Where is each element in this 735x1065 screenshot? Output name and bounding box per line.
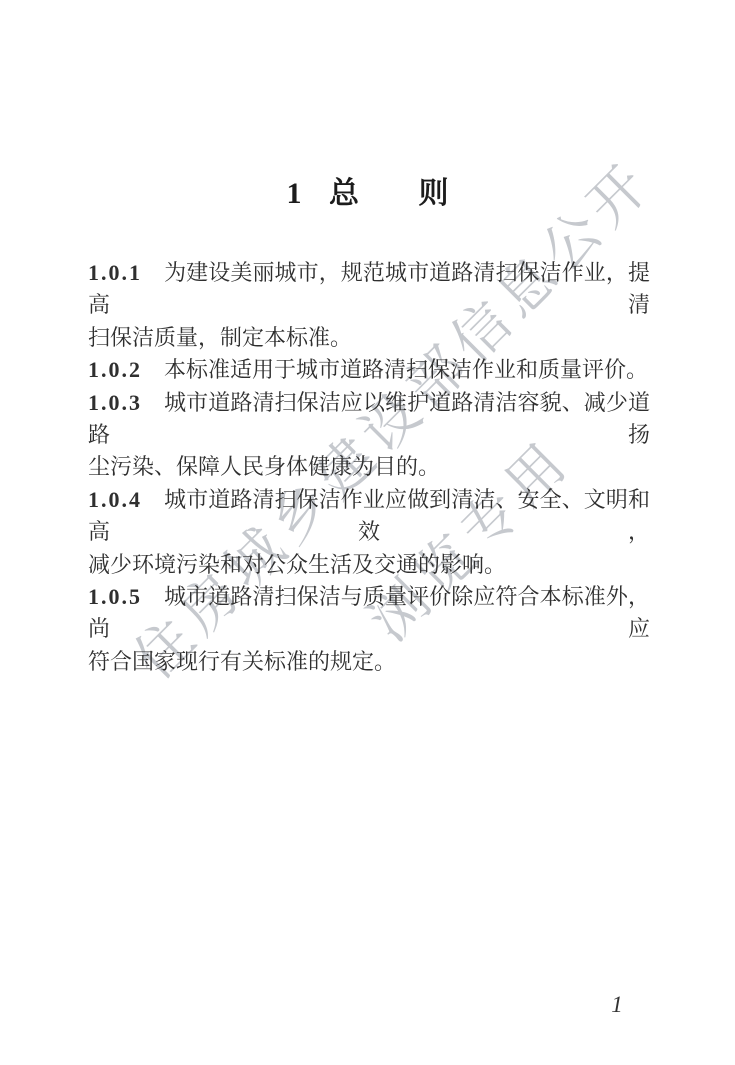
clause-number: 1.0.2: [88, 357, 142, 382]
clause-line: 1.0.5城市道路清扫保洁与质量评价除应符合本标准外，尚应: [88, 581, 650, 646]
page-number: 1: [597, 992, 637, 1018]
clause-text: 城市道路清扫保洁应以维护道路清洁容貌、减少道路扬: [88, 390, 650, 447]
clause-text: 本标准适用于城市道路清扫保洁作业和质量评价。: [164, 357, 648, 382]
clause-line: 尘污染、保障人民身体健康为目的。: [88, 451, 650, 483]
document-body: 1.0.1为建设美丽城市，规范城市道路清扫保洁作业，提高清扫保洁质量，制定本标准…: [88, 257, 650, 678]
clause-text: 城市道路清扫保洁与质量评价除应符合本标准外，尚应: [88, 584, 650, 641]
clause-line: 1.0.3城市道路清扫保洁应以维护道路清洁容貌、减少道路扬: [88, 387, 650, 452]
clause-text: 为建设美丽城市，规范城市道路清扫保洁作业，提高清: [88, 260, 650, 317]
clause-number: 1.0.3: [88, 390, 142, 415]
clause-line: 扫保洁质量，制定本标准。: [88, 322, 650, 354]
chapter-title: 1 总 则: [0, 176, 735, 212]
clause-number: 1.0.1: [88, 260, 142, 285]
clause-line: 减少环境污染和对公众生活及交通的影响。: [88, 549, 650, 581]
clause-line: 1.0.4城市道路清扫保洁作业应做到清洁、安全、文明和高效，: [88, 484, 650, 549]
document-page: 住房城乡建设部信息公开 浏览专用 1 总 则 1.0.1为建设美丽城市，规范城市…: [0, 0, 735, 1065]
chapter-title-word-second: 则: [419, 177, 449, 210]
clause-number: 1.0.4: [88, 487, 142, 512]
clause-line: 符合国家现行有关标准的规定。: [88, 646, 650, 678]
chapter-title-word-first: 总: [329, 177, 359, 210]
clause-line: 1.0.2本标准适用于城市道路清扫保洁作业和质量评价。: [88, 354, 650, 386]
clause-number: 1.0.5: [88, 584, 142, 609]
clause-line: 1.0.1为建设美丽城市，规范城市道路清扫保洁作业，提高清: [88, 257, 650, 322]
chapter-number: 1: [287, 177, 302, 210]
clause-text: 城市道路清扫保洁作业应做到清洁、安全、文明和高效，: [88, 487, 650, 544]
